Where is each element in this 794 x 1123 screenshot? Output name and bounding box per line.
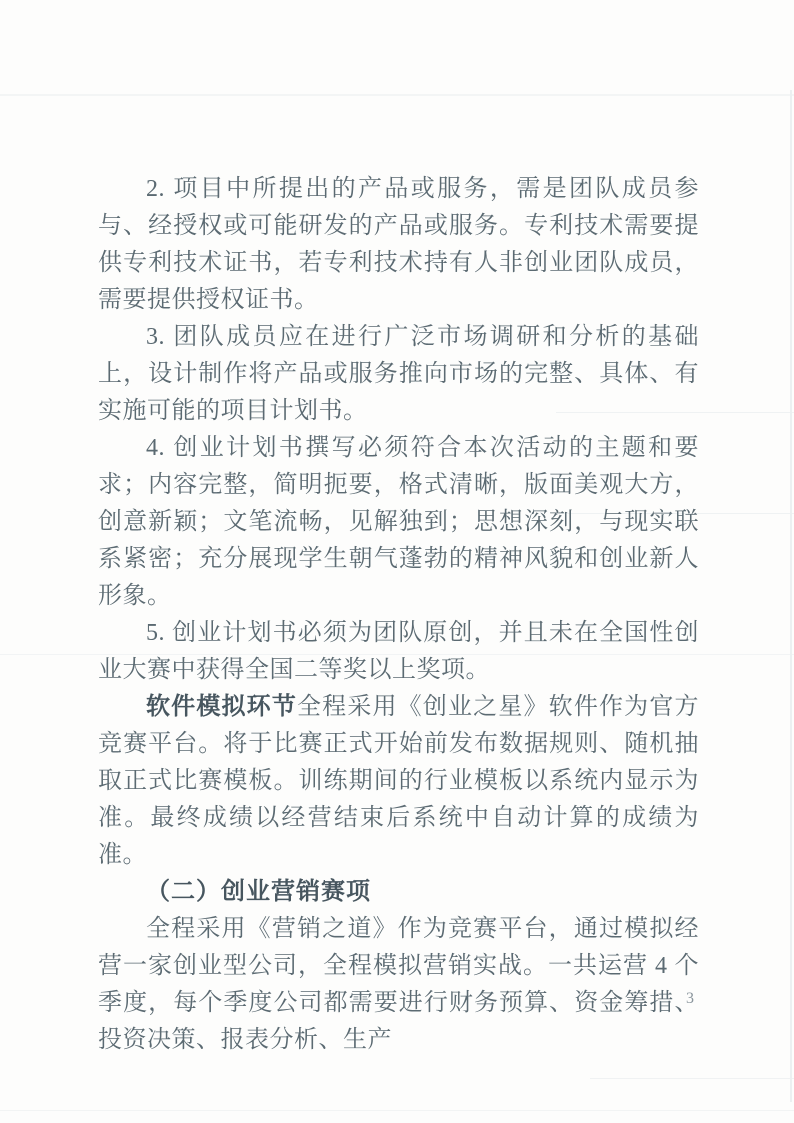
scan-artifact-edge	[790, 90, 792, 1102]
document-body: 2. 项目中所提出的产品或服务，需是团队成员参与、经授权或可能研发的产品或服务。…	[98, 171, 699, 1059]
document-page: 2. 项目中所提出的产品或服务，需是团队成员参与、经授权或可能研发的产品或服务。…	[0, 0, 794, 1123]
paragraph-software-simulation: 软件模拟环节全程采用《创业之星》软件作为官方竞赛平台。将于比赛正式开始前发布数据…	[98, 689, 699, 874]
paragraph-marketing-event: 全程采用《营销之道》作为竞赛平台，通过模拟经营一家创业型公司，全程模拟营销实战。…	[98, 911, 699, 1059]
numbered-item-3: 3. 团队成员应在进行广泛市场调研和分析的基础上，设计制作将产品或服务推向市场的…	[98, 319, 699, 430]
text-run-software-simulation: 全程采用《创业之星》软件作为官方竞赛平台。将于比赛正式开始前发布数据规则、随机抽…	[98, 694, 699, 868]
numbered-item-4: 4. 创业计划书撰写必须符合本次活动的主题和要求；内容完整，简明扼要，格式清晰，…	[98, 430, 699, 615]
numbered-item-5: 5. 创业计划书必须为团队原创，并且未在全国性创业大赛中获得全国二等奖以上奖项。	[98, 615, 699, 689]
scan-artifact-line	[0, 94, 794, 96]
numbered-item-2: 2. 项目中所提出的产品或服务，需是团队成员参与、经授权或可能研发的产品或服务。…	[98, 171, 699, 319]
scan-artifact-line	[590, 1078, 794, 1079]
bold-run-software-simulation: 软件模拟环节	[146, 694, 297, 720]
scan-artifact-line	[0, 1110, 794, 1111]
section-heading-marketing-event: （二）创业营销赛项	[98, 874, 699, 911]
page-number: 3	[678, 989, 702, 1009]
